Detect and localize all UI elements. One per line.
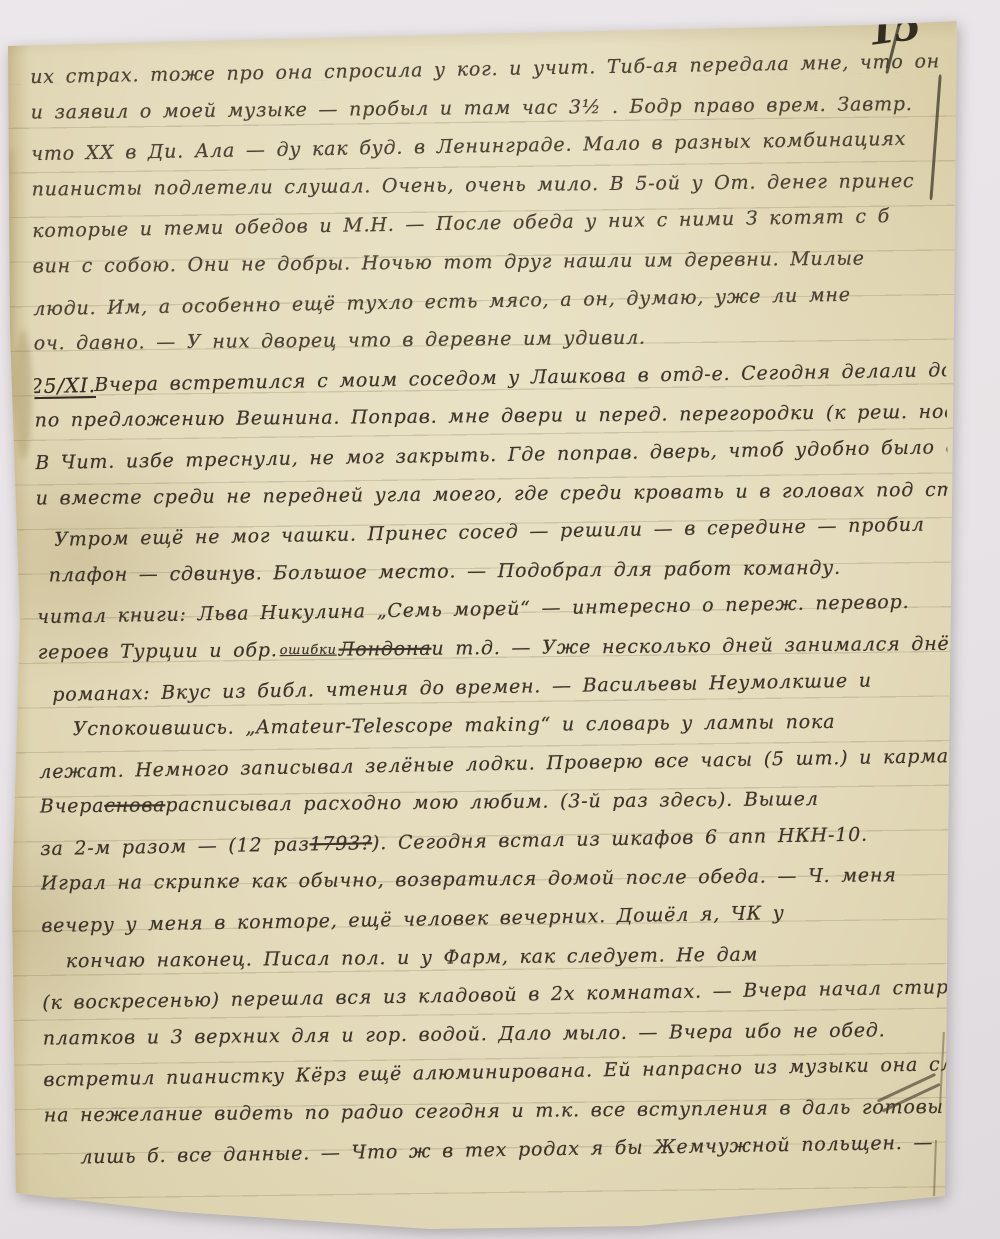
manuscript-segment: встретил пианистку Кёрз ещё алюминирован… bbox=[43, 1053, 955, 1092]
manuscript-segment: Вчера bbox=[40, 795, 105, 818]
manuscript-segment: по предложению Вешнина. Поправ. мне двер… bbox=[35, 401, 947, 432]
manuscript-segment: героев Турции и обр. bbox=[38, 639, 278, 663]
manuscript-text: их страх. тоже про она спросила у ког. и… bbox=[30, 44, 957, 1175]
manuscript-page: 15 их страх. тоже про она спросила у ког… bbox=[0, 0, 1000, 1239]
manuscript-segment: лежат. Немного записывал зелёные лодки. … bbox=[39, 744, 951, 783]
manuscript-segment: лишь б. все данные. — Что ж в тех родах … bbox=[80, 1131, 933, 1168]
manuscript-segment: читал книги: Льва Никулина „Семь морей“ … bbox=[37, 591, 909, 628]
manuscript-page-wrapper: 15 их страх. тоже про она спросила у ког… bbox=[0, 0, 1000, 1239]
manuscript-segment: оч. давно. — У них дворец что в деревне … bbox=[34, 327, 646, 355]
manuscript-segment: Играл на скрипке как обычно, возвратился… bbox=[41, 865, 897, 895]
manuscript-segment-strike: 1793? bbox=[309, 832, 372, 855]
manuscript-segment: которые и теми обедов и М.Н. — После обе… bbox=[32, 206, 890, 243]
sheet-content: 15 их страх. тоже про она спросила у ког… bbox=[0, 0, 1000, 1239]
manuscript-segment: вин с собою. Они не добры. Ночью тот дру… bbox=[33, 248, 865, 278]
manuscript-segment: люди. Им, а особенно ещё тухло есть мясо… bbox=[33, 284, 851, 320]
margin-date: 25/XI. bbox=[34, 373, 95, 398]
manuscript-segment: платков и 3 верхних для и гор. водой. Да… bbox=[43, 1020, 886, 1050]
manuscript-segment: ). Сегодня встал из шкафов 6 апп НКН-10. bbox=[372, 824, 868, 855]
scanner-background: 15 их страх. тоже про она спросила у ког… bbox=[0, 0, 1000, 1239]
manuscript-segment: расписывал расходно мою любим. (3-й раз … bbox=[165, 789, 819, 817]
manuscript-segment: плафон — сдвинув. Большое место. — Подоб… bbox=[49, 557, 841, 587]
manuscript-segment: кончаю наконец. Писал пол. и у Фарм, как… bbox=[66, 944, 759, 973]
manuscript-segment: что ХХ в Ди. Ала — ду как буд. в Ленингр… bbox=[31, 128, 906, 165]
manuscript-segment: их страх. тоже про она спросила у ког. и… bbox=[30, 49, 942, 88]
manuscript-segment: В Чит. избе треснули, не мог закрыть. Гд… bbox=[35, 435, 947, 474]
manuscript-segment: Утром ещё не мог чашки. Принес сосед — р… bbox=[54, 514, 925, 551]
manuscript-segment: на нежелание видеть по радио сегодня и т… bbox=[44, 1094, 956, 1126]
manuscript-segment: и заявил о моей музыке — пробыл и там ча… bbox=[31, 93, 913, 123]
manuscript-segment: и т.д. — Уже несколько дней занимался дн… bbox=[431, 633, 950, 660]
manuscript-segment-strike: Лондона bbox=[339, 638, 432, 661]
manuscript-segment: за 2-м разом — (12 раз bbox=[40, 834, 310, 861]
manuscript-segment: Вчера встретился с моим соседом у Лашков… bbox=[94, 358, 946, 396]
manuscript-segment-sup: ошибки bbox=[280, 642, 337, 658]
manuscript-segment: вечеру у меня в конторе, ещё человек веч… bbox=[41, 902, 785, 937]
manuscript-segment: и вместе среди не передней угла моего, г… bbox=[36, 478, 948, 509]
manuscript-segment: Успокоившись. „Amateur-Telescope making“… bbox=[73, 711, 836, 740]
manuscript-segment: романах: Вкус из библ. чтения до времен.… bbox=[52, 669, 872, 705]
manuscript-segment: (к воскресенью) перешла вся из кладовой … bbox=[42, 975, 954, 1015]
manuscript-segment-strike: снова bbox=[104, 795, 165, 818]
manuscript-segment: пианисты подлетели слушал. Очень, очень … bbox=[32, 170, 915, 200]
